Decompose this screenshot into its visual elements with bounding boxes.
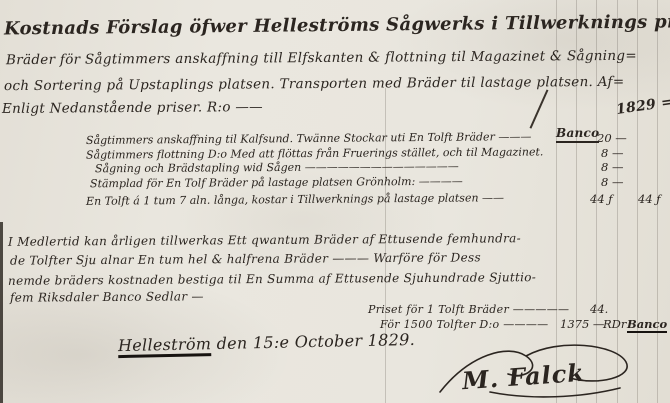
item-amount: 20 — xyxy=(597,131,627,145)
header-line-3: och Sortering på Upstaplings platsen. Tr… xyxy=(4,74,625,94)
item-amount: 8 — xyxy=(601,146,623,160)
sum-currency-banco: Banco xyxy=(627,317,667,333)
paragraph-line: de Tolfter Sju alnar En tum hel & halfre… xyxy=(10,250,481,267)
sum-amount: 1375 — xyxy=(560,317,604,331)
item-row-text: Sågning och Brädstapling wid Sågen —————… xyxy=(95,160,459,176)
place-date-line: Helleström den 15:e October 1829. xyxy=(118,330,415,355)
page-left-edge-shadow xyxy=(0,222,3,403)
place-name: Helleström xyxy=(118,334,212,358)
sum-amount: 44. xyxy=(590,302,608,316)
item-amount: 8 — xyxy=(601,175,623,189)
item-row-text: En Tolft á 1 tum 7 aln. långa, kostar i … xyxy=(86,191,504,208)
scanned-manuscript-page: Kostnads Förslag öfwer Helleströms Sågwe… xyxy=(0,0,670,403)
sum-row-text: Priset för 1 Tolft Bräder ————— xyxy=(368,303,569,316)
item-row-text: Sågtimmers anskaffning til Kalfsund. Twä… xyxy=(86,130,531,147)
year-label: 1829 = xyxy=(615,94,670,118)
header-line-2: Bräder för Sågtimmers anskaffning till E… xyxy=(6,48,637,68)
item-total: 44 ƒ xyxy=(638,192,661,206)
item-amount: 44 ƒ xyxy=(590,192,613,206)
item-amount: 8 — xyxy=(601,160,623,174)
sum-row-text: För 1500 Tolfter D:o ———— xyxy=(380,318,548,331)
sum-currency: RDr xyxy=(603,317,626,331)
item-row-text: Sågtimmers flottning D:o Med att flöttas… xyxy=(86,145,543,161)
paragraph-line: I Medlertid kan årligen tillwerkas Ett q… xyxy=(8,231,521,249)
header-line-1: Kostnads Förslag öfwer Helleströms Sågwe… xyxy=(4,10,670,40)
header-line-4: Enligt Nedanstående priser. R:o —— xyxy=(2,99,263,117)
item-row-text: Stämplad för En Tolf Bräder på lastage p… xyxy=(90,175,463,191)
paragraph-line: fem Riksdaler Banco Sedlar — xyxy=(10,289,204,304)
currency-column-header: Banco xyxy=(556,126,599,143)
pen-stroke xyxy=(530,89,549,128)
paragraph-line: nemde bräders kostnaden bestiga til En S… xyxy=(8,270,536,288)
